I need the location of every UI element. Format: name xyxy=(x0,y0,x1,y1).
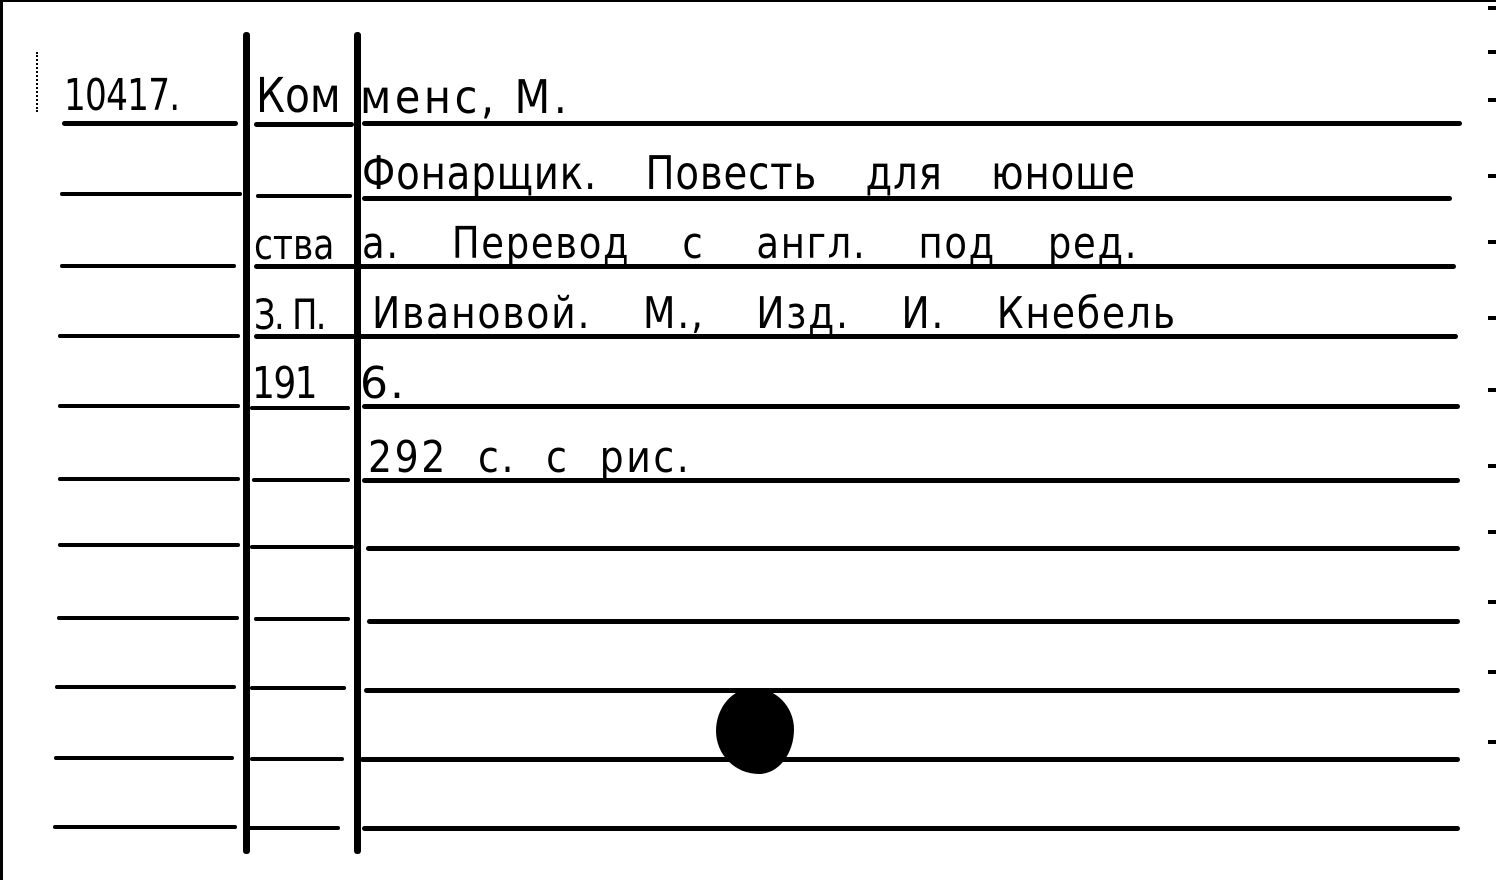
ruled-line-1 xyxy=(62,121,238,126)
author-heading-left: Ком xyxy=(256,72,341,120)
ruled-line-9-mid xyxy=(250,686,346,690)
title-line-2-left: ства xyxy=(254,224,334,266)
title-line-3-left: З. П. xyxy=(254,294,325,336)
ruled-line-8-main xyxy=(367,619,1460,624)
edge-tick xyxy=(1488,50,1496,54)
title-line-2-right: а. Перевод с англ. под ред. xyxy=(362,222,1138,266)
ruled-line-9-main xyxy=(364,688,1460,693)
punch-hole xyxy=(716,688,794,774)
ruled-line-8 xyxy=(57,616,239,620)
edge-tick xyxy=(1488,316,1496,320)
edge-tick xyxy=(1488,670,1496,674)
edge-tick xyxy=(1488,240,1496,244)
ruled-line-11-mid xyxy=(248,826,340,830)
edge-tick xyxy=(1488,600,1496,604)
year-left: 191 xyxy=(252,362,316,406)
ruled-line-10-mid xyxy=(250,757,344,761)
column-divider-left xyxy=(243,32,250,854)
ruled-line-4 xyxy=(58,334,240,338)
card-left-edge xyxy=(0,0,3,880)
edge-tick xyxy=(1488,174,1496,178)
edge-tick xyxy=(1488,740,1496,744)
ruled-line-6 xyxy=(58,477,240,481)
ruled-line-5-main xyxy=(362,404,1460,409)
ruled-line-7-mid xyxy=(250,545,354,549)
edge-tick xyxy=(1488,98,1496,102)
ruled-line-10 xyxy=(54,756,234,760)
pagination-note: 292 с. с рис. xyxy=(368,436,691,480)
ruled-line-9 xyxy=(55,685,236,689)
catalog-number: 10417. xyxy=(64,74,179,118)
ruled-line-10-main xyxy=(360,757,1460,762)
margin-pencil-mark xyxy=(36,52,42,112)
ruled-line-11-main xyxy=(362,826,1460,831)
author-heading-right: менс, М. xyxy=(360,74,571,120)
title-line-3-right: Ивановой. М., Изд. И. Кнебель xyxy=(372,292,1177,336)
ruled-line-5 xyxy=(58,404,240,408)
card-top-edge xyxy=(0,0,1496,2)
edge-tick xyxy=(1488,530,1496,534)
ruled-line-7 xyxy=(58,543,240,547)
title-line-1: Фонарщик. Повесть для юноше xyxy=(362,150,1136,196)
ruled-line-3 xyxy=(60,264,236,268)
ruled-line-7-main xyxy=(366,546,1460,551)
edge-tick xyxy=(1488,388,1496,392)
edge-tick xyxy=(1488,464,1496,468)
ruled-line-8-mid xyxy=(254,617,350,621)
year-right: 6. xyxy=(360,362,406,406)
ruled-line-2-mid xyxy=(256,194,352,198)
column-divider-right xyxy=(354,32,361,854)
ruled-line-11 xyxy=(53,825,237,829)
catalog-card: 10417. Ком менс, М. Фонарщик. Повесть дл… xyxy=(0,0,1496,880)
ruled-line-6-mid xyxy=(252,478,350,482)
edge-tick xyxy=(1488,6,1496,10)
ruled-line-2 xyxy=(60,192,242,196)
